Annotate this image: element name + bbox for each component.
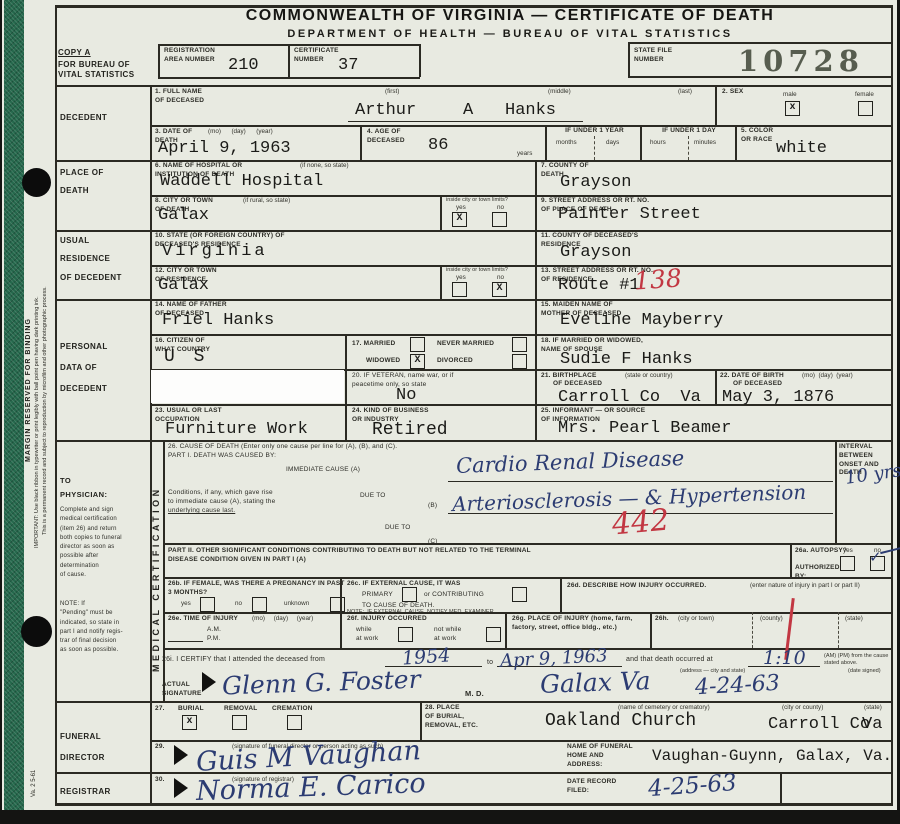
rule [535,265,537,299]
actual-signature-label: ACTUAL SIGNATURE [162,681,202,699]
signature-arrow [202,672,216,692]
checkbox-limits-death-no [492,212,507,227]
sex-female-label: female [855,91,874,99]
checkbox-pregnancy-no [252,597,267,612]
rule [838,612,839,648]
checkbox-sex-female [858,101,873,116]
rule [535,369,537,404]
field-26h-num: 26h. [655,615,669,624]
field-18-value: Sudie F Hanks [560,350,693,369]
conditions-note: Conditions, if any, which gave rise to i… [168,489,275,507]
field-12-no-label: no [497,274,504,282]
checkbox-pregnancy-unknown [330,597,345,612]
field-1-hint-middle: (middle) [548,88,571,96]
checkbox-married [410,337,425,352]
certificate-subtitle: DEPARTMENT OF HEALTH — BUREAU OF VITAL S… [160,28,860,41]
field-8-yes-label: yes [456,204,466,212]
contributing-label: or CONTRIBUTING [424,591,484,600]
registration-area-label: REGISTRATION AREA NUMBER [164,47,215,65]
field-26d-hint: (enter nature of injury in part I or par… [750,582,860,590]
field-20-value: No [396,386,416,405]
due-to-1-label: DUE TO [360,492,386,501]
state-file-label: STATE FILE NUMBER [634,47,672,65]
field-4-label: 4. AGE OF DECEASED [367,128,405,146]
rule [163,577,893,579]
not-while-at-work-label: not while at work [434,626,461,644]
copy-a-sublabel: FOR BUREAU OF VITAL STATISTICS [58,60,134,81]
rule [688,136,689,160]
margin-permanent-text: This is a permanent record and subject t… [43,286,49,535]
rule [55,5,57,805]
sex-male-label: male [783,91,797,99]
rule [288,44,290,77]
signature-arrow [174,778,188,798]
rule [340,577,342,612]
section-usual-residence: USUAL RESIDENCE OF DECEDENT [60,236,122,282]
field-6-hint: (if none, so state) [300,162,349,170]
widowed-label: WIDOWED [366,357,400,366]
checkbox-limits-res-yes [452,282,467,297]
rule [360,125,362,160]
rule [780,772,782,805]
field-26d-label: 26d. DESCRIBE HOW INJURY OCCURRED. [567,582,706,591]
conditions-note-underlined: underlying cause last. [168,507,235,516]
due-to-2-label: DUE TO [385,524,411,533]
field-21-value: Carroll Co Va [558,388,701,407]
registration-area-value: 210 [228,56,259,75]
to-label: to [487,658,493,667]
field-27-num: 27. [155,705,165,714]
death-time-handwriting: 1:10 [763,647,806,669]
state-hint: (state) [864,704,882,712]
checkbox-cremation [287,715,302,730]
minutes-label: minutes [694,139,716,147]
section-funeral-director: FUNERAL DIRECTOR [60,732,105,763]
checkbox-not-while-at-work [486,627,501,642]
form-number: Va. 2 5-61 [31,770,37,797]
rule [650,612,652,648]
rule [440,265,442,299]
section-to-physician: TO PHYSICIAN: [60,474,107,503]
checkbox-pregnancy-yes [200,597,215,612]
field-6-value: Waddell Hospital [160,172,323,191]
death-occurred-label: and that death occurred at [626,655,713,664]
rule [628,42,630,76]
city-county-hint: (city or county) [782,704,823,712]
rule [55,440,893,442]
pending-note: NOTE: If "Pending" must be indicated, so… [60,600,123,656]
days-label: days [606,139,619,147]
autopsy-yes-label: yes [843,547,853,555]
date-signed-hint: (date signed) [848,668,881,675]
field-22-value: May 3, 1876 [722,388,834,407]
death-certificate-scan: MARGIN RESERVED FOR BINDING IMPORTANT: U… [0,0,900,824]
rule [535,230,537,265]
copy-a-label: COPY A [58,48,91,58]
removal-label: REMOVAL [224,705,257,714]
field-26a-label: 26a. AUTOPSY? [795,547,847,556]
field-24-value: Retired [372,420,448,440]
md-label: M. D. [465,689,484,699]
rule [505,612,507,648]
rule [440,195,442,230]
pm-label: P.M. [207,635,220,644]
rule [790,543,792,577]
redaction-box [151,370,344,403]
rule [640,125,642,160]
physician-address-handwriting: Galax Va [540,666,651,699]
margin-binding-text: MARGIN RESERVED FOR BINDING [25,318,32,462]
married-label: 17. MARRIED [352,340,395,349]
while-at-work-label: while at work [356,626,378,644]
field-5-value: white [776,139,827,158]
pregnancy-no-label: no [235,600,242,608]
punch-hole-top [22,168,51,197]
ampm-statement: (AM) (PM) from the cause stated above. [824,653,890,668]
field-8-hint: (if rural, so state) [243,197,290,205]
rule [158,44,160,77]
field-12-value: Galax [158,276,209,295]
rule [55,803,893,806]
checkbox-widowed: X [410,354,425,369]
rule [345,369,347,404]
margin-important-text: IMPORTANT: Use black ribbon in typewrite… [35,296,41,548]
rule [535,299,537,334]
field-30-num: 30. [155,776,165,785]
pregnancy-yes-label: yes [181,600,191,608]
field-25-value: Mrs. Pearl Beamer [558,419,731,438]
red-code-handwriting: 442 [611,503,671,543]
rule [560,577,562,612]
rule [752,612,753,648]
funeral-home-label: NAME OF FUNERAL HOME AND ADDRESS: [567,743,633,769]
date-signed-handwriting: 4-24-63 [694,671,780,700]
field-13-value: Route #1 [558,276,640,295]
rule [420,701,422,740]
checkbox-never-married [512,337,527,352]
signature-arrow [174,745,188,765]
field-4-value: 86 [428,136,448,155]
never-married-label: NEVER MARRIED [437,340,494,349]
field-4-years-label: years [517,150,532,158]
field-8-no-label: no [497,204,504,212]
rule [715,85,717,125]
checkbox-primary [402,587,417,602]
rule [594,136,595,160]
certificate-title: COMMONWEALTH OF VIRGINIA — CERTIFICATE O… [160,6,860,25]
rule [150,265,893,267]
part-2-label: PART II. OTHER SIGNIFICANT CONDITIONS CO… [168,547,531,565]
rule [150,125,893,127]
rule [545,125,547,160]
field-10-value: Virginia [162,242,268,261]
line-b-label: (B) [428,502,437,511]
rule [150,740,893,742]
field-1-value-first: Arthur [355,101,416,120]
rule [150,85,152,805]
pregnancy-unknown-label: unknown [284,600,309,608]
field-22-hint: (mo) (day) (year) [802,372,853,380]
field-8-value: Galax [158,206,209,225]
field-5-label: 5. COLOR OR RACE [741,127,773,145]
rule [535,160,537,195]
rule [348,121,583,122]
divorced-label: DIVORCED [437,357,473,366]
field-26b-label: 26b. IF FEMALE, WAS THERE A PREGNANCY IN… [168,580,345,598]
am-label: A.M. [207,626,221,635]
field-3-hints: (mo) (day) (year) [208,128,273,136]
field-1-hint-first: (first) [385,88,399,96]
rule [535,334,537,369]
rule [340,612,342,648]
field-1-label: 1. FULL NAME OF DECEASED [155,88,204,106]
field-12-yes-label: yes [456,274,466,282]
rule [55,85,893,87]
field-28-label: 28. PLACE OF BURIAL, REMOVAL, ETC. [425,704,478,730]
rule [150,334,893,336]
hours-label: hours [650,139,666,147]
section-decedent: DECEDENT [60,112,107,125]
punch-hole-bottom [21,616,52,647]
section-medical-certification: MEDICAL CERTIFICATION [152,486,161,672]
rule [835,440,837,543]
rule [535,404,537,440]
field-26h-state-hint: (state) [845,615,863,623]
rule [168,641,203,642]
field-26f-label: 26f. INJURY OCCURRED [347,615,427,624]
field-28-state-value: Va [862,715,882,734]
field-28-city-value: Carroll Co [768,715,870,734]
field-1-value-last: Hanks [505,101,556,120]
checkbox-while-at-work [398,627,413,642]
checkbox-divorced [512,354,527,369]
physician-instructions: Complete and sign medical certification … [60,506,122,580]
field-2-label: 2. SEX [722,88,743,97]
checkbox-limits-death-yes: X [452,212,467,227]
primary-label: PRIMARY [362,591,393,600]
certify-statement: 26i. I CERTIFY that I attended the decea… [162,655,325,664]
checkbox-sex-male: x [785,101,800,116]
rule [715,369,717,404]
certificate-number-value: 37 [338,56,358,75]
rule [55,772,893,774]
field-26e-hints: (mo) (day) (year) [252,615,313,623]
state-file-number-stamp: 10728 [738,44,864,78]
rule [163,543,893,545]
field-3-value: April 9, 1963 [158,139,291,158]
field-28-value: Oakland Church [545,711,696,731]
field-26e-label: 26e. TIME OF INJURY [168,615,238,624]
rule [163,612,893,614]
autopsy-no-checkmark: ✓ [869,548,882,566]
rule [55,701,893,703]
rule [535,195,537,230]
checkbox-removal [232,715,247,730]
field-14-value: Friel Hanks [162,311,274,330]
field-1-hint-last: (last) [678,88,692,96]
field-29-num: 29. [155,743,165,752]
checkbox-burial: x [182,715,197,730]
field-23-value: Furniture Work [165,420,308,439]
under-1-year-label: IF UNDER 1 YEAR [552,127,637,136]
months-label: months [556,139,577,147]
field-16-value: U S [164,347,208,367]
rule [345,404,347,440]
authorized-by-label: AUTHORIZED BY: [795,564,840,582]
field-26-label: 26. CAUSE OF DEATH (Enter only one cause… [168,443,397,461]
section-registrar: REGISTRAR [60,786,111,799]
field-7-value: Grayson [560,173,631,192]
cremation-label: CREMATION [272,705,313,714]
rule [345,334,347,369]
section-place-of-death: PLACE OF DEATH [60,168,104,196]
rule [735,125,737,160]
field-9-value: Painter Street [558,205,701,224]
checkbox-autopsy-yes [840,556,855,571]
section-personal-data: PERSONAL DATA OF DECEDENT [60,342,108,394]
field-1-value-middle: A [463,101,473,120]
field-26g-label: 26g. PLACE OF INJURY (home, farm, factor… [512,615,632,633]
burial-label: BURIAL [178,705,204,714]
under-1-day-label: IF UNDER 1 DAY [645,127,733,136]
field-15-value: Eveline Mayberry [560,311,723,330]
field-11-value: Grayson [560,243,631,262]
funeral-home-value: Vaughan-Guynn, Galax, Va. [652,747,892,765]
field-26h-city-hint: (city or town) [678,615,714,623]
field-26h-county-hint: (county) [760,615,783,623]
binding-strip [4,0,24,810]
date-filed-label: DATE RECORD FILED: [567,778,616,796]
checkbox-contributing [512,587,527,602]
checkbox-limits-res-no: X [492,282,507,297]
rule [158,77,420,79]
field-21-hint: (state or country) [625,372,673,380]
certificate-number-label: CERTIFICATE NUMBER [294,47,339,65]
immediate-cause-label: IMMEDIATE CAUSE (A) [286,466,360,475]
rule [419,44,421,77]
field-13-red-annotation: 138 [633,263,683,295]
